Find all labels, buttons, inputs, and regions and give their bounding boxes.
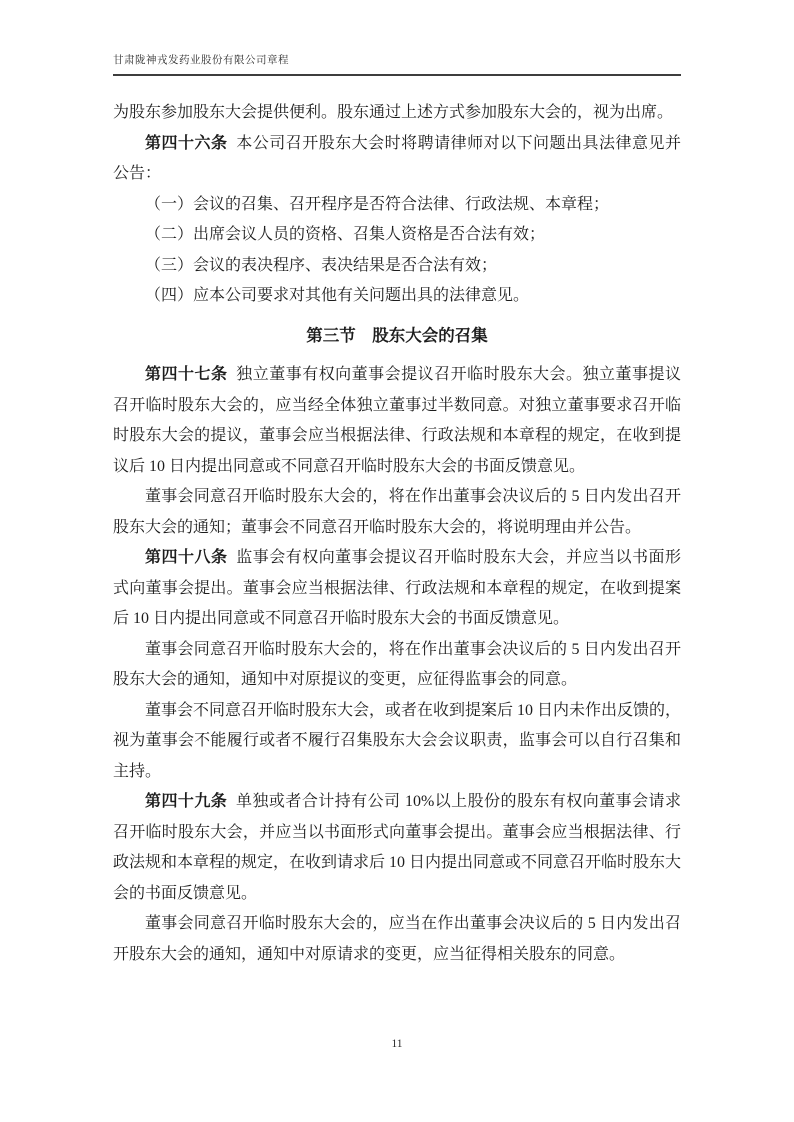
page-footer: 11: [0, 1038, 794, 1050]
article-paragraph-49: 第四十九条单独或者合计持有公司 10%以上股份的股东有权向董事会请求召开临时股东…: [113, 787, 681, 909]
list-item-3: （三）会议的表决程序、表决结果是否合法有效；: [113, 251, 681, 282]
list-item-2: （二）出席会议人员的资格、召集人资格是否合法有效；: [113, 220, 681, 251]
paragraph-continuation: 为股东参加股东大会提供便利。股东通过上述方式参加股东大会的，视为出席。: [113, 98, 681, 129]
list-item-1: （一）会议的召集、召开程序是否符合法律、行政法规、本章程；: [113, 190, 681, 221]
article-paragraph-47: 第四十七条独立董事有权向董事会提议召开临时股东大会。独立董事提议召开临时股东大会…: [113, 360, 681, 482]
paragraph: 董事会同意召开临时股东大会的，将在作出董事会决议后的 5 日内发出召开股东大会的…: [113, 482, 681, 543]
article-number: 第四十九条: [145, 793, 227, 810]
header-title: 甘肃陇神戎发药业股份有限公司章程: [113, 55, 289, 66]
paragraph: 董事会不同意召开临时股东大会，或者在收到提案后 10 日内未作出反馈的，视为董事…: [113, 696, 681, 788]
page-header: 甘肃陇神戎发药业股份有限公司章程: [113, 52, 681, 76]
article-paragraph-48: 第四十八条监事会有权向董事会提议召开临时股东大会，并应当以书面形式向董事会提出。…: [113, 543, 681, 635]
article-number: 第四十七条: [145, 366, 227, 383]
article-number: 第四十六条: [145, 135, 227, 152]
page-number: 11: [391, 1038, 402, 1050]
article-number: 第四十八条: [145, 549, 227, 566]
paragraph: 董事会同意召开临时股东大会的，将在作出董事会决议后的 5 日内发出召开股东大会的…: [113, 635, 681, 696]
document-page: 甘肃陇神戎发药业股份有限公司章程 为股东参加股东大会提供便利。股东通过上述方式参…: [0, 0, 794, 1122]
article-paragraph-46: 第四十六条本公司召开股东大会时将聘请律师对以下问题出具法律意见并公告：: [113, 129, 681, 190]
paragraph: 董事会同意召开临时股东大会的，应当在作出董事会决议后的 5 日内发出召开股东大会…: [113, 909, 681, 970]
section-heading: 第三节 股东大会的召集: [113, 321, 681, 352]
list-item-4: （四）应本公司要求对其他有关问题出具的法律意见。: [113, 281, 681, 312]
document-body: 为股东参加股东大会提供便利。股东通过上述方式参加股东大会的，视为出席。 第四十六…: [113, 98, 681, 970]
